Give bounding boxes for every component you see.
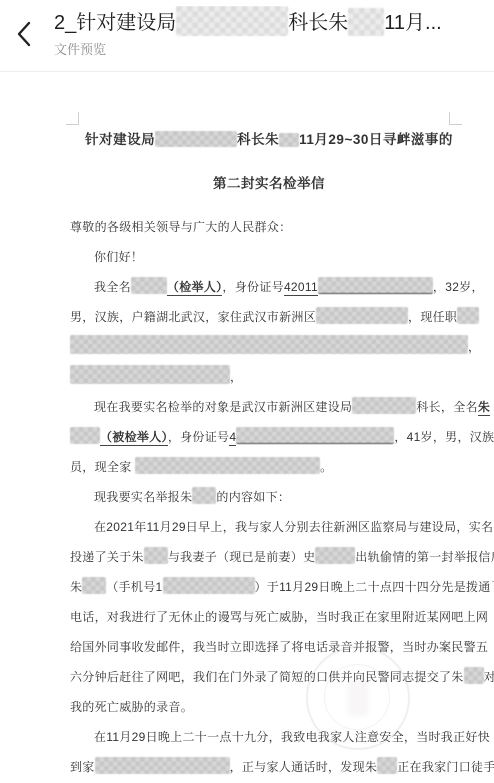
doc-line: ，: [70, 362, 468, 392]
text-segment: 第二封实名检举信: [213, 176, 325, 191]
document-page: 针对建设局科长朱11月29~30日寻衅滋事的第二封实名检举信尊敬的各级相关领导与…: [0, 72, 494, 782]
doc-line: 我全名（检举人），身份证号42011，32岁，: [70, 272, 468, 302]
redacted-text: [464, 667, 484, 684]
text-segment: 我的死亡威胁的录音。: [70, 700, 193, 714]
doc-line: 投递了关于朱与我妻子（现已是前妻）史出轨偷情的第一封举报信后，: [70, 542, 468, 572]
text-segment: 的内容如下：: [216, 490, 290, 504]
doc-title-line: 针对建设局科长朱11月29~30日寻衅滋事的: [70, 118, 468, 162]
text-segment: 六分钟后赶往了网吧，我们在门外录了简短的口供并向民警同志提交了朱: [70, 670, 464, 684]
redacted-text: [70, 427, 100, 444]
redacted-text: [70, 335, 468, 354]
redacted-text: [315, 547, 355, 564]
redacted-text: [316, 307, 408, 324]
text-segment: 11月29~30日寻衅滋事的: [299, 132, 453, 147]
doc-line: （被检举人），身份证号4，41岁，男，汉族，党: [70, 422, 468, 452]
text-segment: 科长朱: [237, 132, 279, 147]
doc-line: 尊敬的各级相关领导与广大的人民群众：: [70, 212, 468, 242]
redacted-text: [82, 577, 106, 594]
text-segment: ，41岁，男，汉族，党: [394, 430, 494, 444]
text-segment: 4: [229, 430, 236, 446]
text-segment: 对: [484, 670, 494, 684]
doc-line: 到家，正与家人通话时，发现朱正在我家门口徒手: [70, 752, 468, 782]
file-preview-label: 文件预览: [54, 41, 488, 59]
text-segment: ，身份证号: [222, 280, 284, 294]
doc-line: 我的死亡威胁的录音。: [70, 692, 468, 722]
doc-line: 朱（手机号1）于11月29日晚上二十点四十四分先是拨通了我的: [70, 572, 468, 602]
text-segment: ，身份证号: [168, 430, 230, 444]
redacted-text: [318, 277, 433, 294]
doc-line: 在2021年11月29日早上，我与家人分别去往新洲区监察局与建设局，实名: [70, 512, 468, 542]
text-segment: ）于11月29日晚上二十点四十四分先是拨通了我的: [255, 580, 494, 594]
text-segment: 11月...: [384, 12, 441, 34]
doc-title-line: 第二封实名检举信: [70, 162, 468, 206]
redacted-text: [135, 457, 320, 474]
text-segment: 。: [320, 460, 332, 474]
text-segment: 出轨偷情的第一封举报信后，: [355, 550, 494, 564]
redacted-text: [155, 131, 237, 147]
text-segment: 现我要实名举报朱: [94, 490, 192, 504]
header-text-block: 2_针对建设局科长朱11月... 文件预览: [54, 6, 488, 59]
text-segment: （被检举人）: [100, 430, 168, 446]
back-button[interactable]: [6, 16, 42, 52]
text-segment: 员，现全家: [70, 460, 135, 474]
text-segment: 在2021年11月29日早上，我与家人分别去往新洲区监察局与建设局，实名: [94, 520, 493, 534]
redacted-text: [95, 757, 230, 774]
text-segment: 你们好！: [94, 250, 143, 264]
doc-line: 现在我要实名检举的对象是武汉市新洲区建设局科长，全名朱: [70, 392, 468, 422]
text-segment: ，: [230, 370, 242, 384]
redacted-text: [192, 487, 216, 504]
chevron-left-icon: [16, 21, 32, 47]
text-segment: 我全名: [94, 280, 131, 294]
redacted-text: [176, 6, 288, 36]
text-segment: 尊敬的各级相关领导与广大的人民群众：: [70, 220, 291, 234]
text-segment: 科长朱: [288, 12, 348, 34]
doc-line: 给国外同事收发邮件，我当时立即选择了将电话录音并报警，当时办案民警五: [70, 632, 468, 662]
text-segment: （检举人）: [167, 280, 223, 296]
text-segment: 投递了关于朱: [70, 550, 144, 564]
text-segment: 朱: [70, 580, 82, 594]
redacted-text: [352, 397, 416, 414]
text-segment: （手机号1: [106, 580, 162, 594]
redacted-text: [348, 8, 384, 36]
text-segment: ，正与家人通话时，发现朱: [230, 760, 378, 774]
doc-line: 员，现全家 。: [70, 452, 468, 482]
file-title: 2_针对建设局科长朱11月...: [54, 6, 488, 40]
text-segment: ，: [468, 340, 480, 354]
redacted-text: [131, 277, 167, 294]
doc-line: 现我要实名举报朱的内容如下：: [70, 482, 468, 512]
text-segment: 在11月29日晚上二十一点十九分，我致电我家人注意安全，当时我正好快: [94, 730, 490, 744]
redacted-text: [236, 427, 394, 444]
redacted-text: [163, 577, 255, 594]
text-segment: 现在我要实名检举的对象是武汉市新洲区建设局: [94, 400, 352, 414]
text-segment: ，现任职: [408, 310, 457, 324]
document-preview-area[interactable]: 针对建设局科长朱11月29~30日寻衅滋事的第二封实名检举信尊敬的各级相关领导与…: [0, 72, 494, 783]
doc-line: 你们好！: [70, 242, 468, 272]
doc-line: 六分钟后赶往了网吧，我们在门外录了简短的口供并向民警同志提交了朱对: [70, 662, 468, 692]
text-segment: 到家: [70, 760, 95, 774]
page-corner-mark-left: [66, 112, 79, 125]
page-corner-mark-right: [449, 112, 462, 125]
text-segment: 2_针对建设局: [54, 12, 176, 34]
text-segment: 科长，全名: [416, 400, 478, 414]
text-segment: 与我妻子（现已是前妻）史: [168, 550, 316, 564]
doc-line: 男，汉族，户籍湖北武汉，家住武汉市新洲区，现任职: [70, 302, 468, 332]
redacted-text: [70, 365, 230, 384]
text-segment: 给国外同事收发邮件，我当时立即选择了将电话录音并报警，当时办案民警五: [70, 640, 488, 654]
redacted-text: [279, 133, 299, 147]
text-segment: 42011: [284, 280, 318, 296]
app-header: 2_针对建设局科长朱11月... 文件预览: [0, 0, 494, 72]
redacted-text: [457, 307, 479, 324]
text-segment: 正在我家门口徒手: [397, 760, 494, 774]
text-segment: ，32岁，: [433, 280, 484, 294]
redacted-text: [377, 757, 397, 774]
text-segment: 针对建设局: [85, 132, 155, 147]
text-segment: 男，汉族，户籍湖北武汉，家住武汉市新洲区: [70, 310, 316, 324]
text-segment: 朱: [478, 400, 490, 416]
doc-line: 在11月29日晚上二十一点十九分，我致电我家人注意安全，当时我正好快: [70, 722, 468, 752]
text-segment: 电话，对我进行了无休止的谩骂与死亡威胁，当时我正在家里附近某网吧上网: [70, 610, 488, 624]
doc-line: ，: [70, 332, 468, 362]
doc-line: 电话，对我进行了无休止的谩骂与死亡威胁，当时我正在家里附近某网吧上网: [70, 602, 468, 632]
redacted-text: [144, 547, 168, 564]
